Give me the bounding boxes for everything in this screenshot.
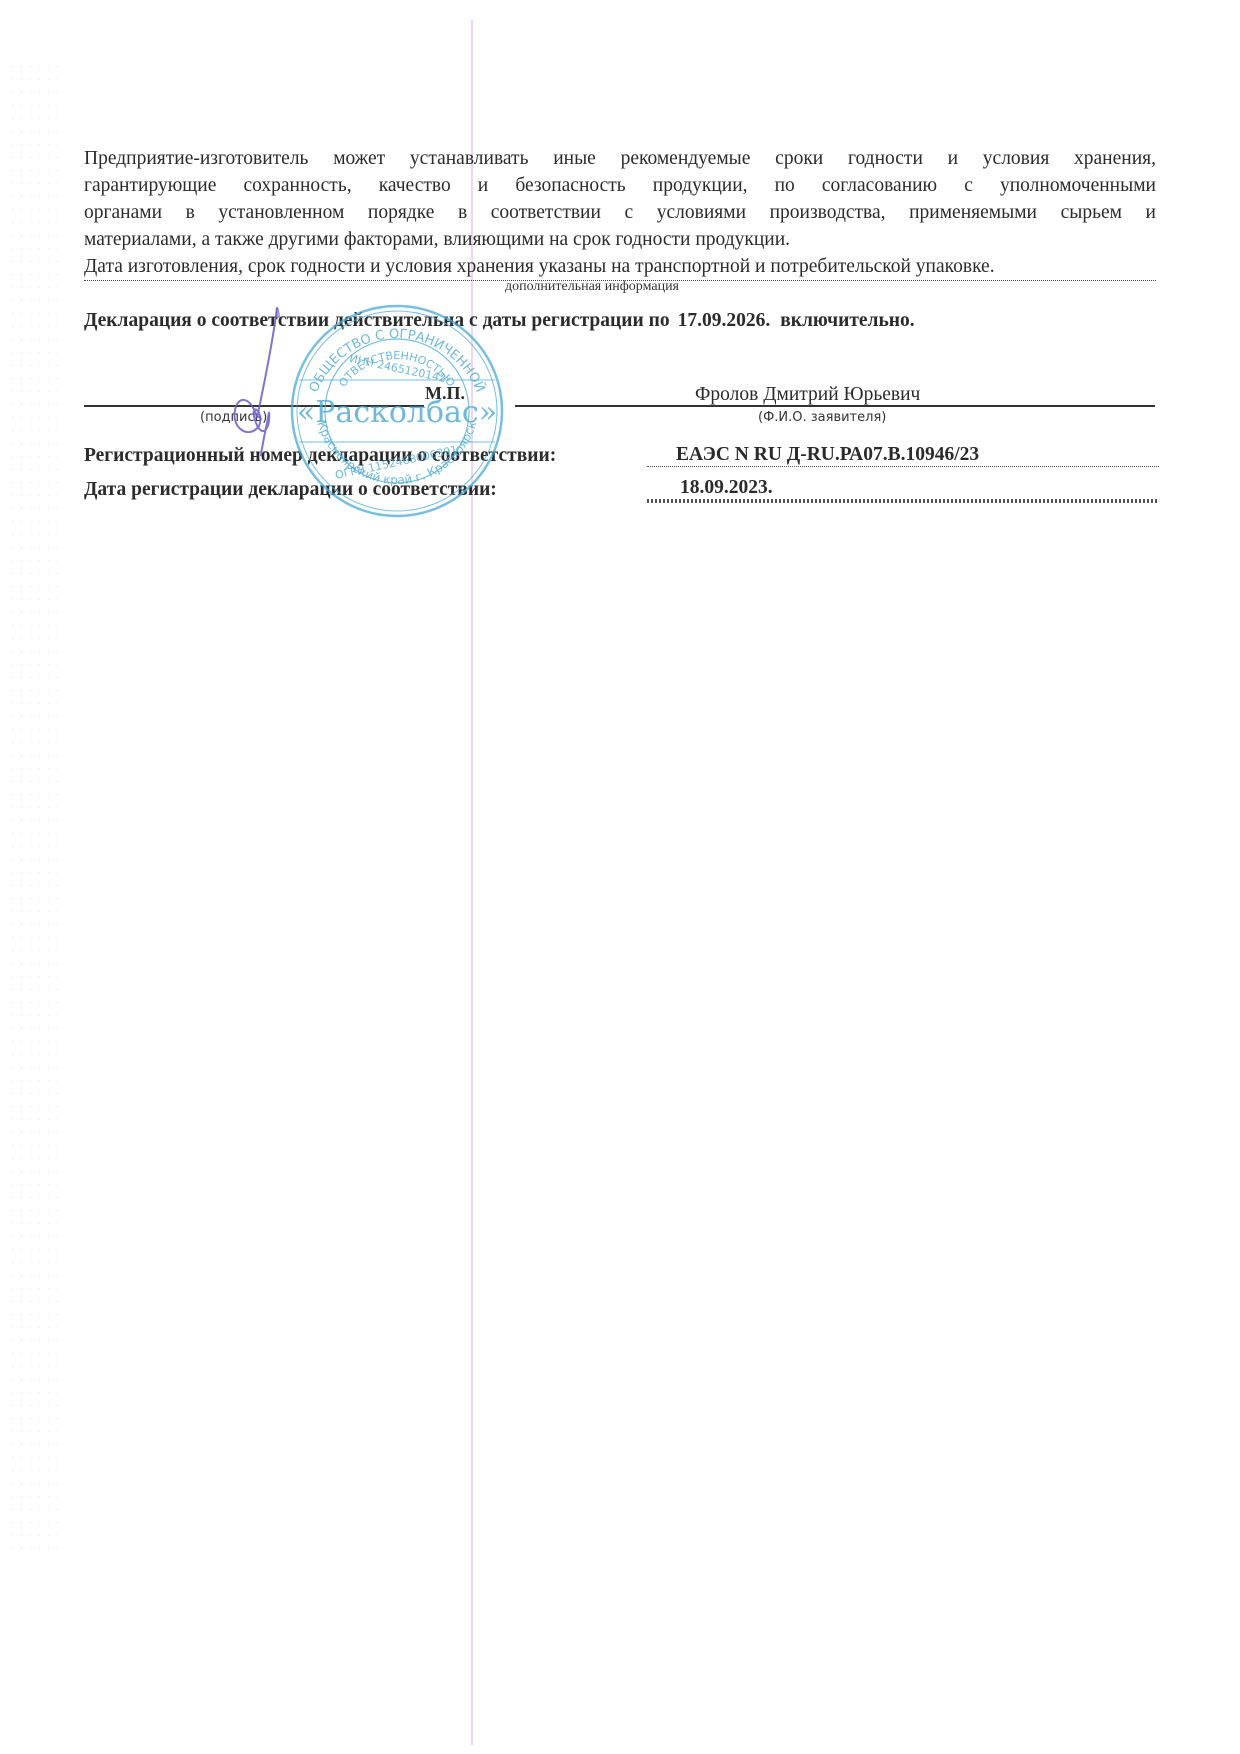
paragraph-line: Предприятие-изготовитель может устанавли… [84,145,1156,172]
registration-date-value: 18.09.2023. [680,477,773,499]
validity-suffix: включительно. [780,310,914,331]
registration-number-rule [647,466,1159,467]
declaration-page: Предприятие-изготовитель может устанавли… [0,0,1240,1754]
paragraph-line: материалами, а также другими факторами, … [84,226,1156,253]
applicant-caption: (Ф.И.О. заявителя) [758,410,886,425]
paragraph-line: гарантирующие сохранность, качество и бе… [84,172,1156,199]
company-stamp-icon: ОБЩЕСТВО С ОГРАНИЧЕННОЙ ОТВЕТСТВЕННОСТЬЮ… [287,300,507,522]
storage-conditions-paragraph: Предприятие-изготовитель может устанавли… [84,145,1156,281]
registration-date-rule [647,499,1159,503]
additional-info-line: Дата изготовления, срок годности и услов… [84,253,1156,281]
scan-noise [8,60,58,1560]
paragraph-line: органами в установленном порядке в соотв… [84,199,1156,226]
validity-date: 17.09.2026. [678,310,771,331]
registration-number-value: ЕАЭС N RU Д-RU.РА07.В.10946/23 [676,444,979,466]
signature-icon [225,300,305,460]
applicant-name: Фролов Дмитрий Юрьевич [695,384,920,406]
additional-info-caption: дополнительная информация [505,279,679,295]
